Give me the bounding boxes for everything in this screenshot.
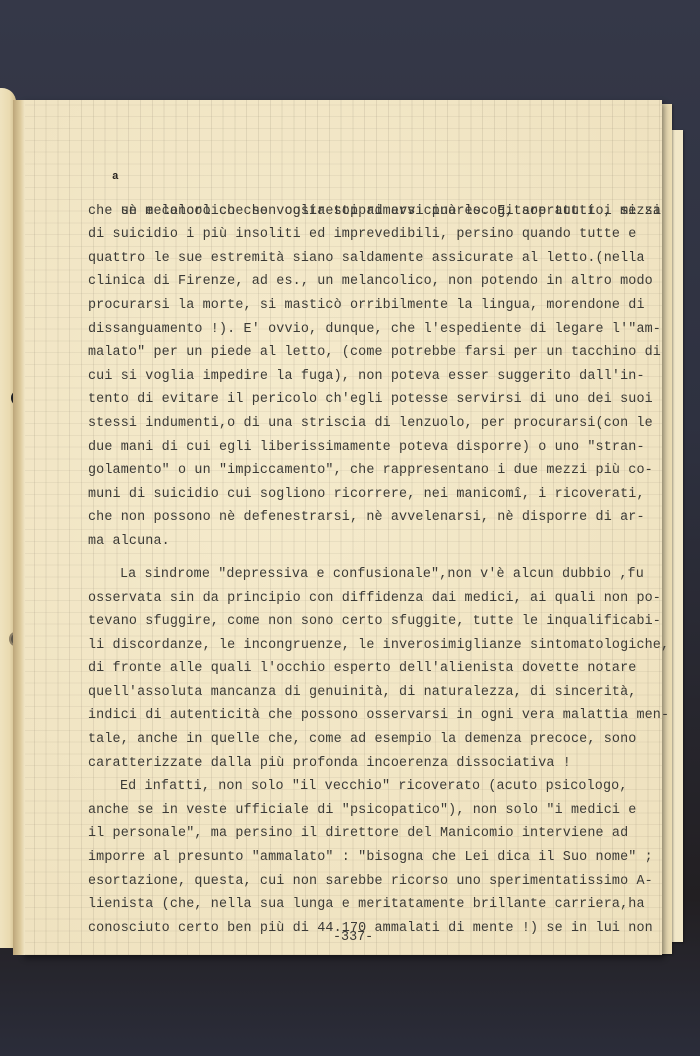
page-number: -337- (333, 930, 373, 945)
text-line: tento di evitare il pericolo ch'egli pot… (88, 388, 648, 412)
text-line: asè e coloro che son costretti ad avvici… (88, 176, 648, 200)
text-line: golamento" o un "impiccamento", che rapp… (88, 459, 648, 483)
text-line: quattro le sue estremità siano saldament… (88, 247, 648, 271)
typewritten-body: asè e coloro che son costretti ad avvici… (88, 176, 648, 940)
text-line: tale, anche in quelle che, come ad esemp… (88, 728, 648, 752)
text-line: di suicidio i più insoliti ed imprevedib… (88, 223, 648, 247)
text-line: procurarsi la morte, si masticò orribilm… (88, 294, 648, 318)
paragraph-start-line: Ed infatti, non solo "il vecchio" ricove… (88, 775, 648, 799)
text-line: ma alcuna. (88, 530, 648, 563)
text-line: di fronte alle quali l'occhio esperto de… (88, 657, 648, 681)
text-line: dissanguamento !). E' ovvio, dunque, che… (88, 318, 648, 342)
handwritten-insertion: a (112, 166, 119, 190)
text-line: tevano sfuggire, come non sono certo sfu… (88, 610, 648, 634)
text-line: anche se in veste ufficiale di "psicopat… (88, 799, 648, 823)
text-line: indici di autenticità che possono osserv… (88, 704, 648, 728)
text-line: esortazione, questa, cui non sarebbe ric… (88, 870, 648, 894)
text-line: il personale", ma persino il direttore d… (88, 822, 648, 846)
text-line: osservata sin da principio con diffidenz… (88, 587, 648, 611)
text-line: caratterizzate dalla più profonda incoer… (88, 752, 648, 776)
text-line: malato" per un piede al letto, (come pot… (88, 341, 648, 365)
text-line: quell'assoluta mancanza di genuinità, di… (88, 681, 648, 705)
page-gutter (13, 100, 25, 955)
paragraph-start-line: La sindrome "depressiva e confusionale",… (88, 563, 648, 587)
text-line: imporre al presunto "ammalato" : "bisogn… (88, 846, 648, 870)
text-line: due mani di cui egli liberissimamente po… (88, 436, 648, 460)
text-line: clinica di Firenze, ad es., un melancoli… (88, 270, 648, 294)
text-line: li discordanze, le incongruenze, le inve… (88, 634, 648, 658)
text-line: lienista (che, nella sua lunga e meritat… (88, 893, 648, 917)
text-line: che non possono nè defenestrarsi, nè avv… (88, 506, 648, 530)
text-line: che un melancolico che voglia sopprimers… (88, 200, 648, 224)
text-line: stessi indumenti,o di una striscia di le… (88, 412, 648, 436)
text-line: muni di suicidio cui sogliono ricorrere,… (88, 483, 648, 507)
text-line: cui si voglia impedire la fuga), non pot… (88, 365, 648, 389)
